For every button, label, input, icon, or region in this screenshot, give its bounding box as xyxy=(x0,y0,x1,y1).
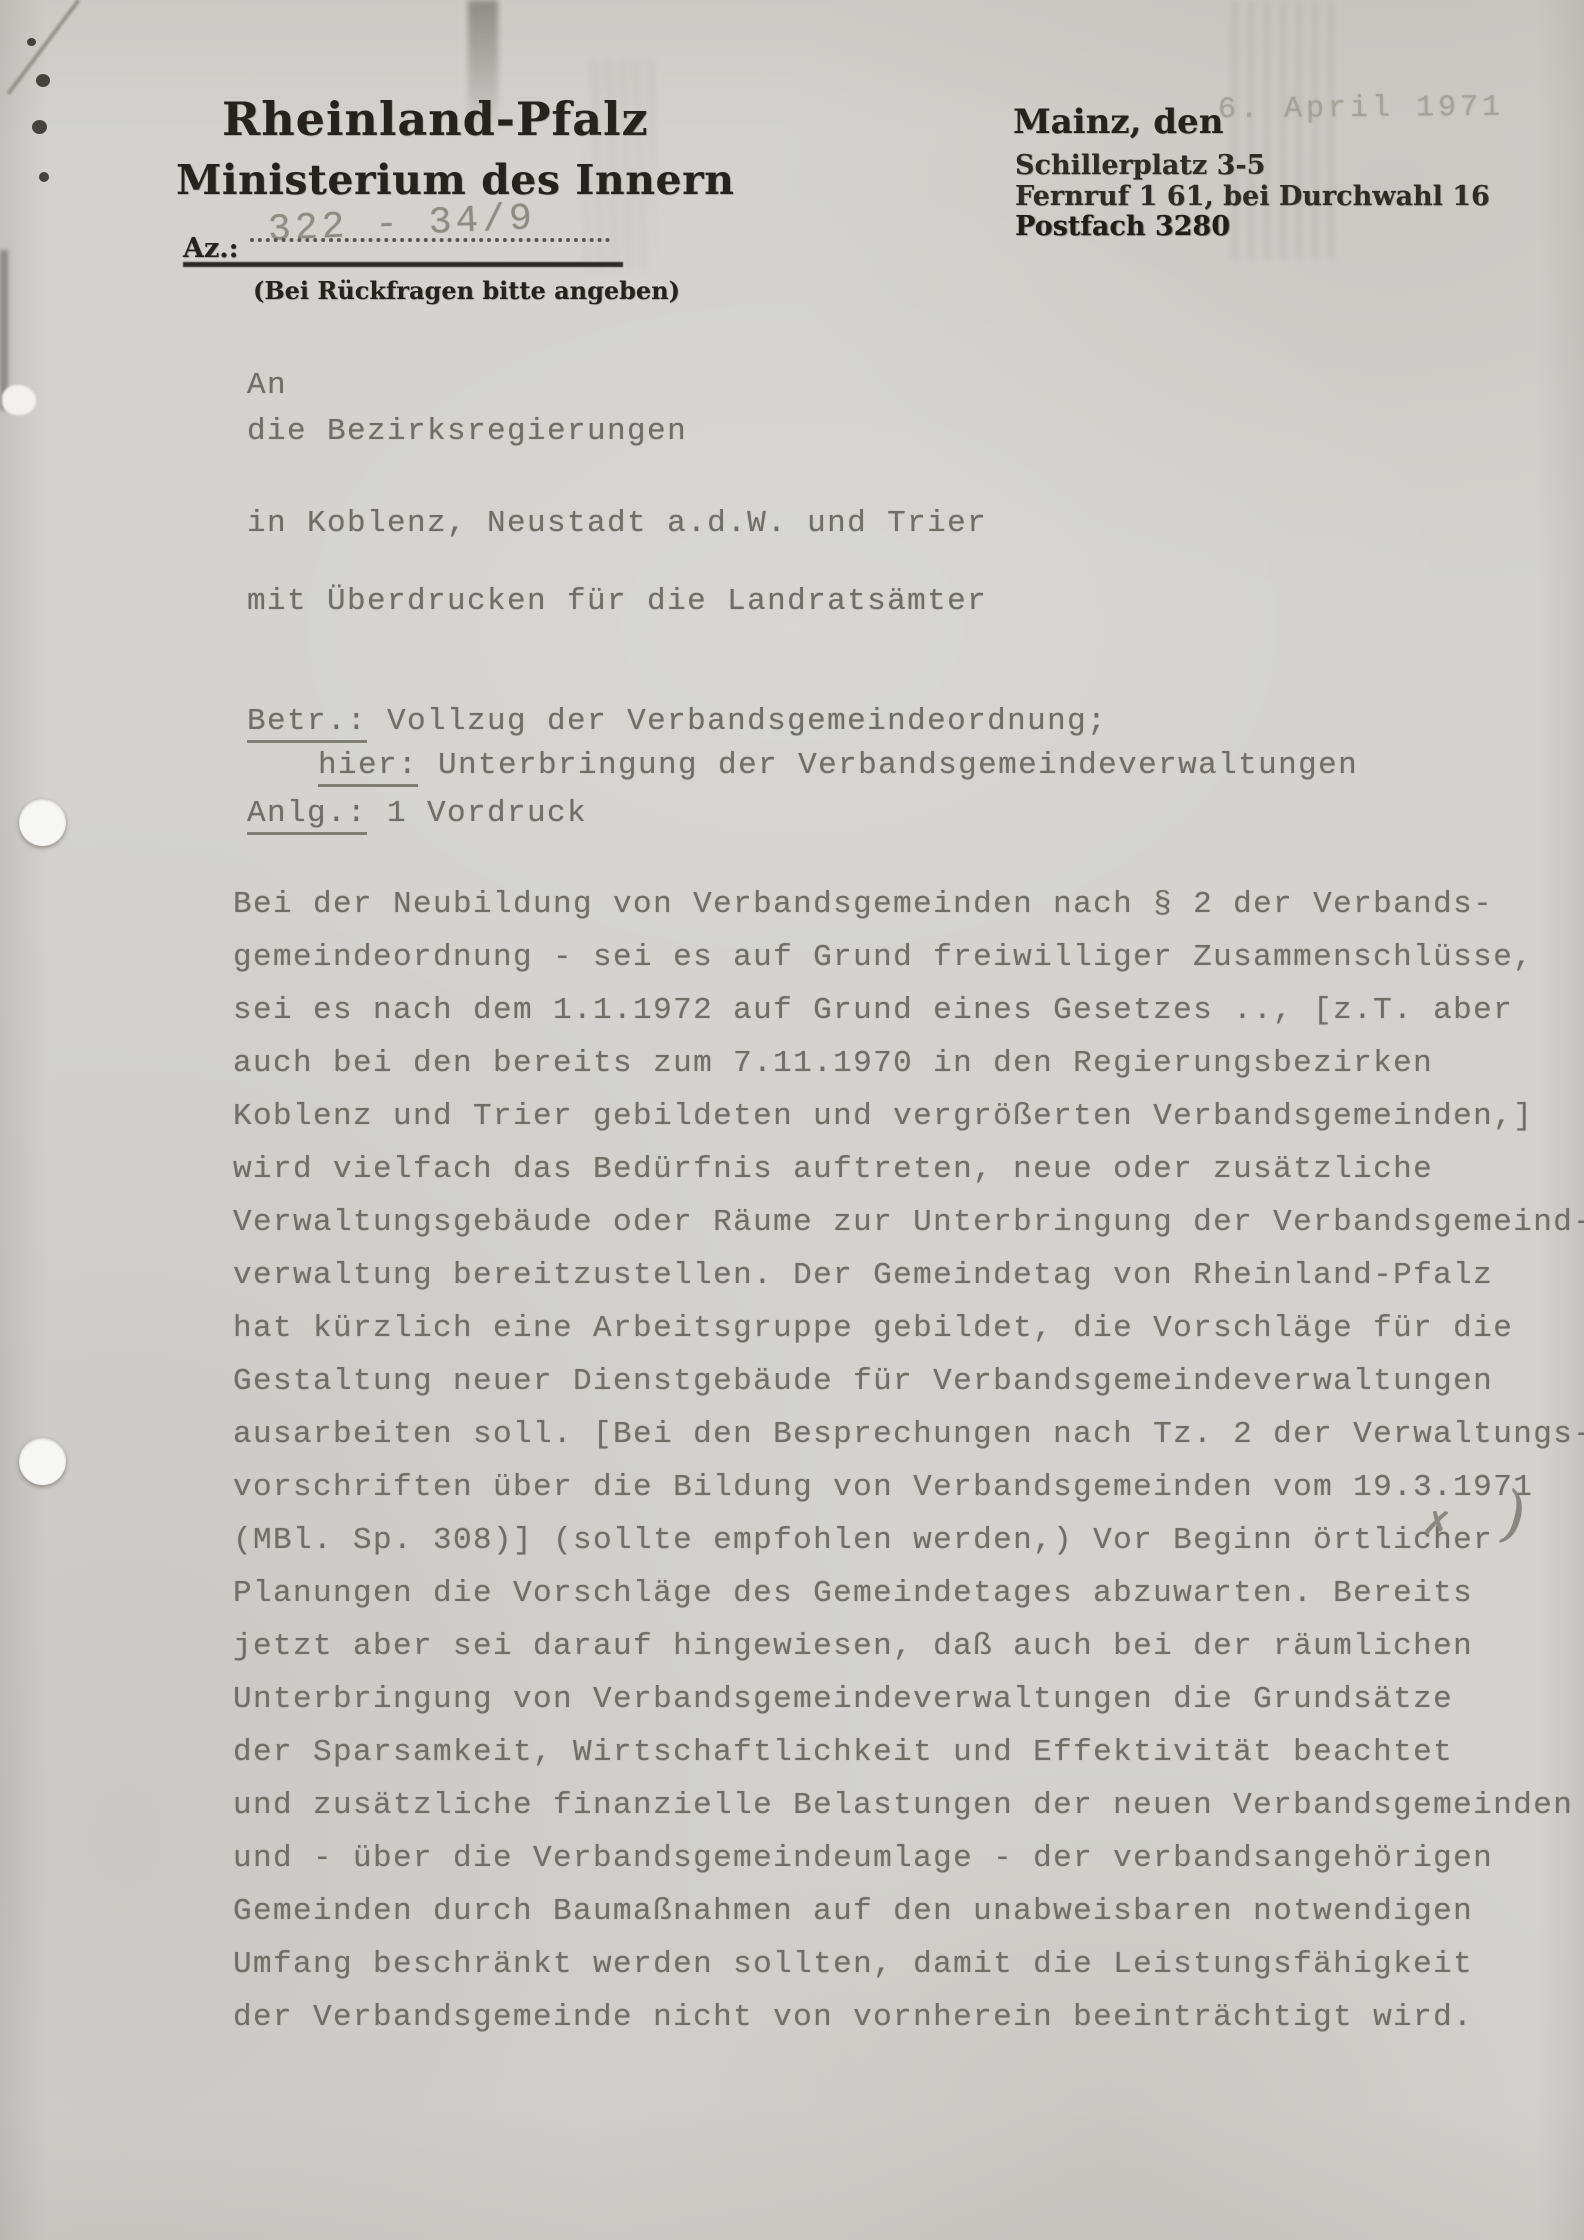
letterhead-ministry-title: Ministerium des Innern xyxy=(176,156,735,204)
pen-mark-dot xyxy=(32,120,47,134)
body-line: sei es nach dem 1.1.1972 auf Grund eines… xyxy=(233,984,1584,1037)
az-handwritten-value: 322 - 34/9 xyxy=(267,197,537,252)
body-line: der Sparsamkeit, Wirtschaftlichkeit und … xyxy=(233,1726,1584,1779)
az-label: Az.: xyxy=(183,233,239,264)
subject-betr-row: Betr.: Vollzug der Verbandsgemeindeordnu… xyxy=(247,704,1107,739)
recipient-line: in Koblenz, Neustadt a.d.W. und Trier xyxy=(247,506,987,541)
pen-mark-dot xyxy=(36,74,50,87)
dateline-address: Schillerplatz 3-5 xyxy=(1015,150,1265,181)
subject-anlg-text: 1 Vordruck xyxy=(367,796,587,831)
recipient-line: mit Überdrucken für die Landratsämter xyxy=(247,584,987,619)
body-line: jetzt aber sei darauf hingewiesen, daß a… xyxy=(233,1620,1584,1673)
letter-body: Bei der Neubildung von Verbandsgemeinden… xyxy=(233,878,1584,2044)
body-line: Koblenz und Trier gebildeten und vergröß… xyxy=(233,1090,1584,1143)
body-line: und zusätzliche finanzielle Belastungen … xyxy=(233,1779,1584,1832)
dateline-pobox: Postfach 3280 xyxy=(1015,211,1230,242)
body-line: Bei der Neubildung von Verbandsgemeinden… xyxy=(233,878,1584,931)
pen-mark-dot xyxy=(27,38,36,46)
paper-defect xyxy=(2,385,36,415)
body-line: verwaltung bereitzustellen. Der Gemeinde… xyxy=(233,1249,1584,1302)
dateline-phone: Fernruf 1 61, bei Durchwahl 16 xyxy=(1015,181,1490,212)
punch-hole-bottom xyxy=(19,1438,66,1485)
typed-date-faint: 6. April 1971 xyxy=(1218,91,1504,127)
body-line: Planungen die Vorschläge des Gemeindetag… xyxy=(233,1567,1584,1620)
letterhead-region-title: Rheinland-Pfalz xyxy=(222,92,649,146)
body-line: der Verbandsgemeinde nicht von vornherei… xyxy=(233,1991,1584,2044)
subject-hier-label: hier: xyxy=(318,748,418,787)
az-dotted-rule xyxy=(250,238,610,242)
body-line: Unterbringung von Verbandsgemeindeverwal… xyxy=(233,1673,1584,1726)
recipient-line: die Bezirksregierungen xyxy=(247,414,687,449)
body-line: (MBl. Sp. 308)] (sollte empfohlen werden… xyxy=(233,1514,1584,1567)
body-line: auch bei den bereits zum 7.11.1970 in de… xyxy=(233,1037,1584,1090)
body-line: Gemeinden durch Baumaßnahmen auf den una… xyxy=(233,1885,1584,1938)
subject-hier-text: Unterbringung der Verbandsgemeindeverwal… xyxy=(418,748,1358,783)
body-line: Gestaltung neuer Dienstgebäude für Verba… xyxy=(233,1355,1584,1408)
subject-anlg-row: Anlg.: 1 Vordruck xyxy=(247,796,587,831)
scan-streak xyxy=(1232,0,1342,260)
body-line: Umfang beschränkt werden sollten, damit … xyxy=(233,1938,1584,1991)
subject-anlg-label: Anlg.: xyxy=(247,796,367,835)
recipient-line: An xyxy=(247,368,287,403)
dateline-city: Mainz, den xyxy=(1013,102,1223,142)
body-line: und - über die Verbandsgemeindeumlage - … xyxy=(233,1832,1584,1885)
subject-betr-label: Betr.: xyxy=(247,704,367,743)
body-line: vorschriften über die Bildung von Verban… xyxy=(233,1461,1584,1514)
body-line: wird vielfach das Bedürfnis auftreten, n… xyxy=(233,1143,1584,1196)
punch-hole-top xyxy=(19,799,66,846)
scanned-letter-page: Rheinland-Pfalz Ministerium des Innern A… xyxy=(0,0,1584,2240)
subject-betr-text: Vollzug der Verbandsgemeindeordnung; xyxy=(367,704,1107,739)
pen-mark-dot xyxy=(39,172,49,182)
body-line: hat kürzlich eine Arbeitsgruppe gebildet… xyxy=(233,1302,1584,1355)
scan-edge-shadow xyxy=(0,250,8,410)
body-line: ausarbeiten soll. [Bei den Besprechungen… xyxy=(233,1408,1584,1461)
body-line: gemeindeordnung - sei es auf Grund freiw… xyxy=(233,931,1584,984)
az-solid-rule xyxy=(183,262,623,267)
subject-hier-row: hier: Unterbringung der Verbandsgemeinde… xyxy=(247,748,1358,783)
az-note: (Bei Rückfragen bitte angeben) xyxy=(253,276,680,305)
body-line: Verwaltungsgebäude oder Räume zur Unterb… xyxy=(233,1196,1584,1249)
